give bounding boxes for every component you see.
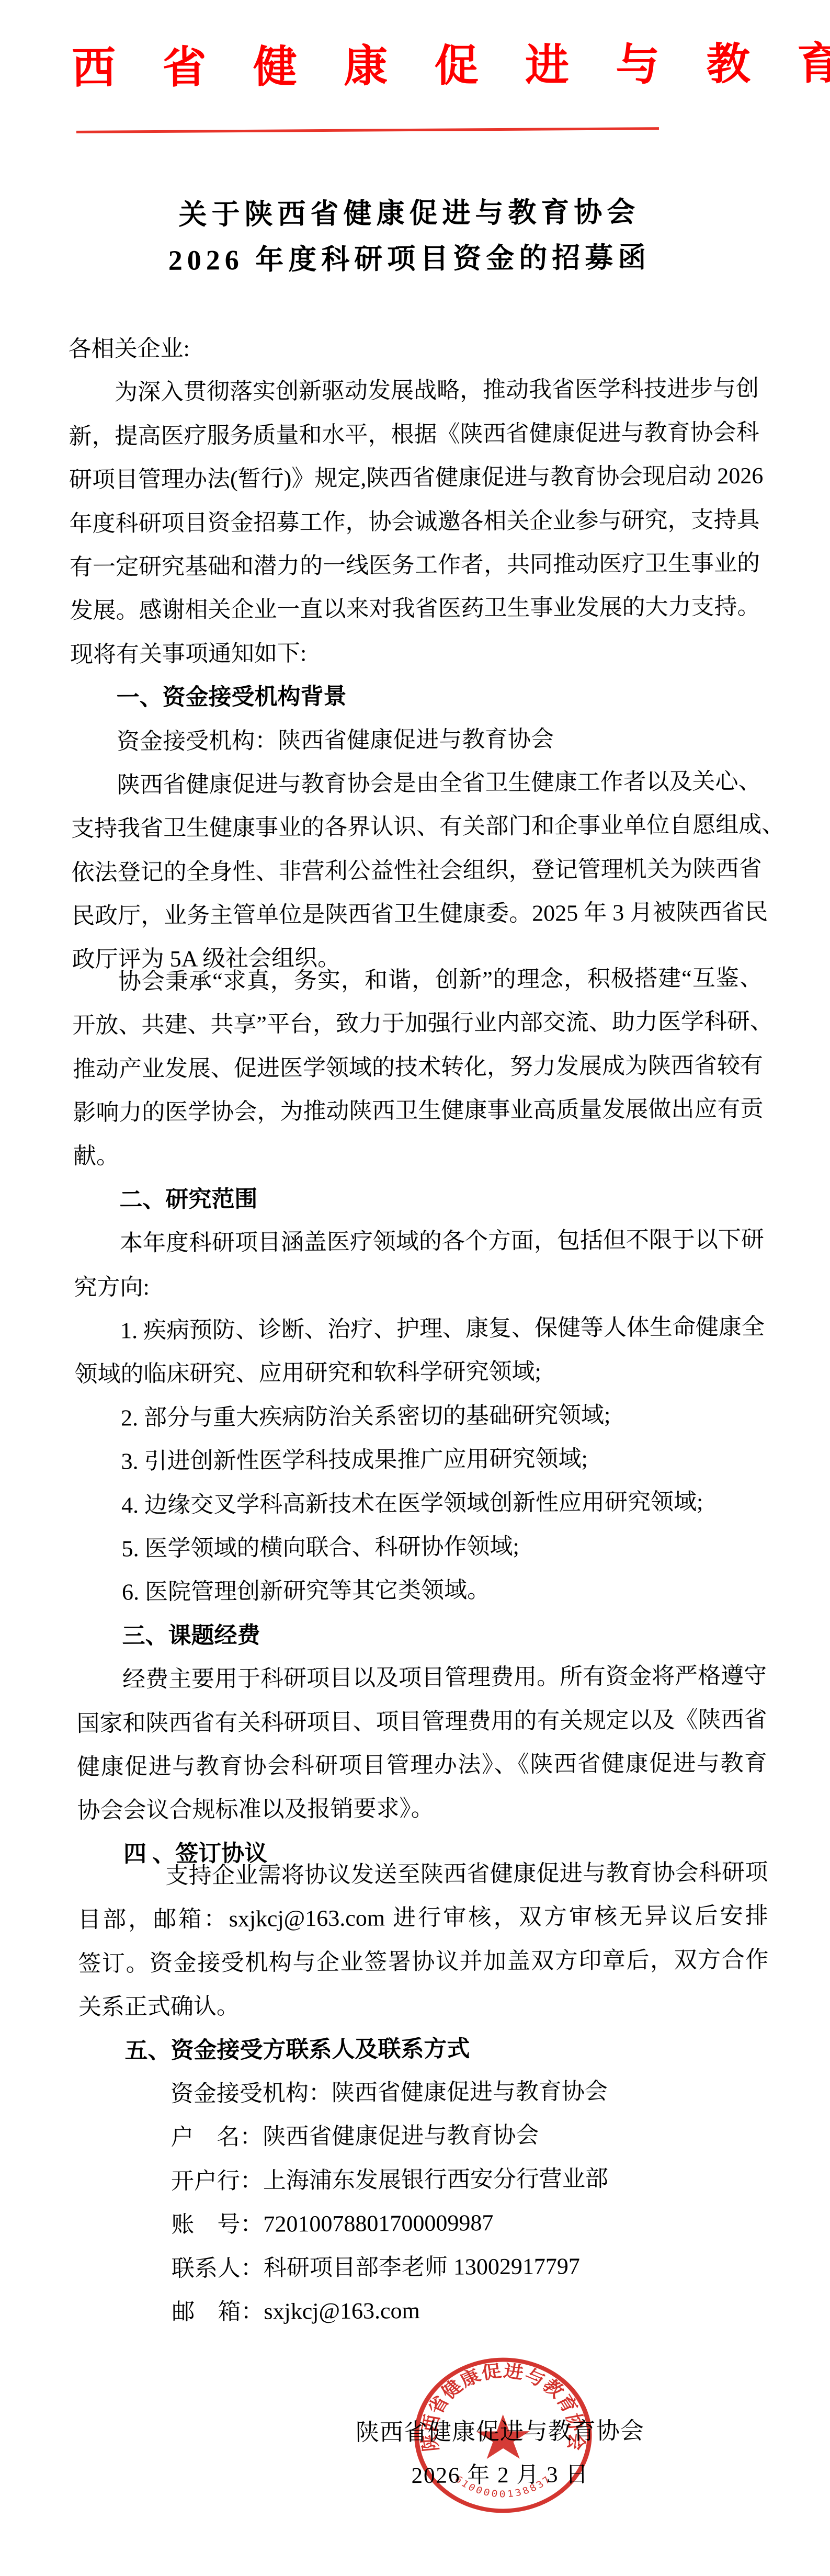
- body-line: 为深入贯彻落实创新驱动发展战略，推动我省医学科技进步与创: [69, 367, 759, 414]
- contact-line-person-phone: 联系人：科研项目部李老师 13002917797: [80, 2243, 770, 2290]
- body-line: 经费主要用于科研项目以及项目管理费用。所有资金将严格遵守: [76, 1654, 767, 1701]
- list-item-continuation: 领域的临床研究、应用研究和软科学研究领域;: [74, 1348, 765, 1396]
- body-line: 开放、共建、共享”平台，致力于加强行业内部交流、助力医学科研、: [72, 1000, 763, 1047]
- contact-line-bank: 开户行：上海浦东发展银行西安分行营业部: [79, 2156, 770, 2204]
- document-title-line2: 2026 年度科研项目资金的招募函: [0, 242, 825, 276]
- body-line: 发展。感谢相关企业一直以来对我省医药卫生事业发展的大力支持。: [70, 585, 760, 632]
- contact-line-email: 邮 箱：sxjkcj@163.com: [80, 2287, 770, 2334]
- body-line: 本年度科研项目涵盖医疗领域的各个方面，包括但不限于以下研: [74, 1218, 764, 1265]
- body-line: 支持企业需将协议发送至陕西省健康促进与教育协会科研项: [77, 1851, 768, 1898]
- body-line: 有一定研究基础和潜力的一线医务工作者，共同推动医疗卫生事业的: [70, 541, 760, 589]
- signature-org: 陕西省健康促进与教育协会: [317, 2419, 683, 2445]
- list-item: 1. 疾病预防、诊断、治疗、护理、康复、保健等人体生命健康全: [74, 1305, 765, 1353]
- body-line: 推动产业发展、促进医学领域的技术转化，努力发展成为陕西省较有: [73, 1043, 763, 1091]
- contact-line-account-name: 户 名：陕西省健康促进与教育协会: [79, 2112, 769, 2160]
- body-line: 协会秉承“求真，务实，和谐，创新”的理念，积极搭建“互鉴、: [72, 956, 763, 1004]
- body-line: 研项目管理办法(暂行)》规定,陕西省健康促进与教育协会现启动 2026: [69, 454, 759, 502]
- body-line: 现将有关事项通知如下:: [70, 629, 760, 676]
- letterhead-org-title: 西 省 健 康 促 进 与 教 育 协 会: [72, 40, 830, 90]
- body-line: 国家和陕西省有关科研项目、项目管理费用的有关规定以及《陕西省: [76, 1697, 767, 1745]
- document-title-line1: 关于陕西省健康促进与教育协会: [0, 197, 824, 230]
- document-page: 西 省 健 康 促 进 与 教 育 协 会 关于陕西省健康促进与教育协会 202…: [0, 0, 830, 2576]
- section-heading-1: 一、资金接受机构背景: [70, 672, 760, 720]
- body-line: 关系正式确认。: [78, 1981, 769, 2029]
- body-line: 签订。资金接受机构与企业签署协议并加盖双方印章后，双方合作: [78, 1938, 768, 1985]
- body-line: 依法登记的全身性、非营利公益性社会组织，登记管理机关为陕西省: [71, 847, 761, 894]
- letter-body: 各相关企业: 为深入贯彻落实创新驱动发展战略，推动我省医学科技进步与创 新，提高…: [68, 323, 770, 2334]
- list-item: 6. 医院管理创新研究等其它类领域。: [76, 1567, 766, 1614]
- body-line: 影响力的医学协会，为推动陕西卫生健康事业高质量发展做出应有贡: [73, 1087, 763, 1134]
- signature-date: 2026 年 2 月 3 日: [317, 2463, 683, 2488]
- list-item: 5. 医学领域的横向联合、科研协作领域;: [75, 1523, 766, 1571]
- section-heading-3: 三、课题经费: [76, 1610, 766, 1658]
- body-line: 新，提高医疗服务质量和水平，根据《陕西省健康促进与教育协会科: [69, 411, 759, 458]
- contact-line-org: 资金接受机构：陕西省健康促进与教育协会: [79, 2069, 769, 2116]
- contact-line-account-number: 账 号：72010078801700009987: [79, 2199, 770, 2247]
- body-line: 支持我省卫生健康事业的各界认识、有关部门和企事业单位自愿组成、: [71, 803, 761, 850]
- scanned-content: 西 省 健 康 促 进 与 教 育 协 会 关于陕西省健康促进与教育协会 202…: [0, 0, 830, 2576]
- body-line: 健康促进与教育协会科研项目管理办法》、《陕西省健康促进与教育: [77, 1741, 767, 1789]
- list-item: 2. 部分与重大疾病防治关系密切的基础研究领域;: [75, 1392, 765, 1440]
- section-heading-5: 五、资金接受方联系人及联系方式: [78, 2025, 769, 2073]
- body-line: 献。: [73, 1130, 764, 1178]
- body-line: 究方向:: [74, 1262, 764, 1309]
- body-line: 年度科研项目资金招募工作，协会诚邀各相关企业参与研究，支持具: [69, 498, 759, 546]
- body-line: 陕西省健康促进与教育协会是由全省卫生健康工作者以及关心、: [71, 759, 761, 807]
- list-item: 4. 边缘交叉学科高新技术在医学领域创新性应用研究领域;: [75, 1479, 766, 1527]
- red-divider-rule: [76, 127, 659, 133]
- body-line: 协会会议合规标准以及报销要求》。: [77, 1785, 767, 1832]
- salutation: 各相关企业:: [68, 323, 758, 371]
- section-heading-2: 二、研究范围: [73, 1174, 764, 1222]
- body-line: 目部，邮箱：sxjkcj@163.com 进行审核，双方审核无异议后安排: [78, 1894, 768, 1942]
- body-line: 民政厅，业务主管单位是陕西省卫生健康委。2025 年 3 月被陕西省民: [72, 890, 762, 938]
- list-item: 3. 引进创新性医学科技成果推广应用研究领域;: [75, 1436, 765, 1483]
- body-line: 资金接受机构：陕西省健康促进与教育协会: [71, 716, 761, 763]
